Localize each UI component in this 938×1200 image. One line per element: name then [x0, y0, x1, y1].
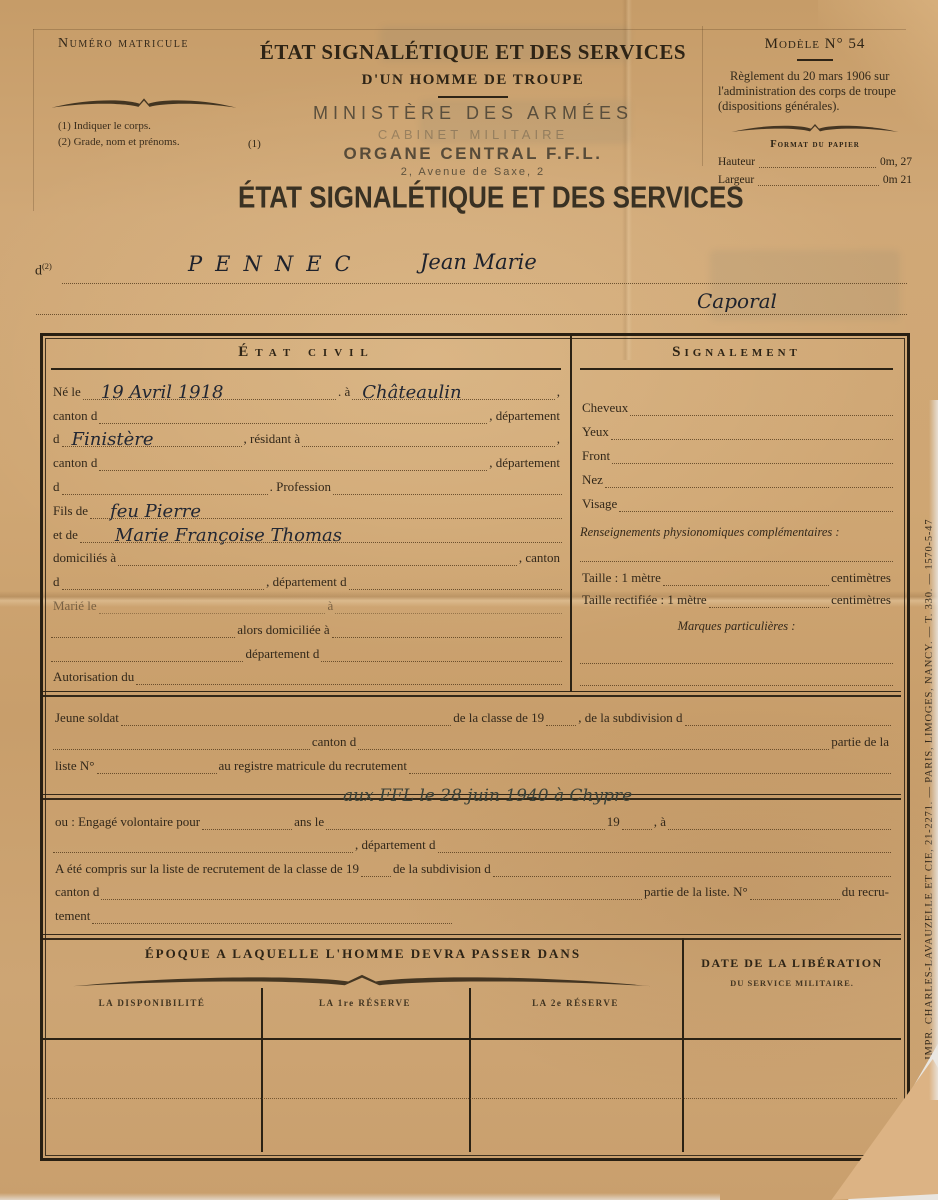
jeune-soldat-label: Jeune soldat — [53, 710, 121, 726]
father-field: feu Pierre — [90, 494, 562, 519]
spouse-departement-row: département d — [51, 638, 562, 662]
etat-civil-rule — [51, 368, 561, 370]
yeux-field — [611, 415, 893, 440]
compris-row: A été compris sur la liste de recrutemen… — [53, 853, 891, 877]
paper-right-edge — [929, 400, 938, 1100]
front-row: Front — [580, 440, 893, 464]
tement-label: tement — [53, 908, 92, 924]
field — [332, 613, 562, 638]
mother-row: et de Marie Françoise Thomas — [51, 519, 562, 543]
signalement-title: Signalement — [572, 344, 901, 361]
main-form-box: État civil Signalement Né le 19 Avril 19… — [40, 333, 910, 1161]
canton-field — [101, 876, 642, 901]
name-prefix-d: d — [35, 264, 42, 279]
du-recru-label: du recru- — [840, 884, 891, 900]
col-disponibilite: LA DISPONIBILITÉ — [43, 998, 261, 1008]
field — [438, 829, 892, 854]
date-field — [326, 805, 605, 830]
hauteur-row: Hauteur 0m, 27 — [718, 156, 912, 168]
stamp-organe-central-ffl: ORGANE CENTRAL F.F.L. — [238, 144, 708, 164]
classe-year-field — [546, 701, 576, 726]
a-label: à — [325, 598, 335, 614]
modele-rule — [797, 59, 833, 61]
comma: , — [555, 431, 562, 447]
departement-field: Finistère — [62, 423, 242, 448]
profession-row: d . Profession — [51, 471, 562, 495]
field — [92, 899, 452, 924]
autorisation-field — [136, 661, 562, 686]
stamp-address: 2, Avenue de Saxe, 2 — [238, 166, 708, 178]
front-label: Front — [580, 448, 612, 464]
registre-label: au registre matricule du recrutement — [217, 758, 409, 774]
modele-label: Modèle N° 54 — [718, 36, 912, 53]
a-label: . à — [336, 384, 352, 400]
faint-rule — [33, 29, 34, 211]
taille-rectifiee-label: Taille rectifiée : 1 mètre — [580, 592, 709, 608]
d-label: d — [51, 479, 62, 495]
faint-rule — [33, 29, 906, 30]
numero-matricule-label: Numéro matricule — [58, 36, 258, 52]
centimetres-label: centimètres — [829, 570, 893, 586]
departement-label: , département — [487, 408, 562, 424]
signalement-rule — [580, 368, 893, 370]
table-dotted-rule — [47, 1098, 897, 1099]
signalement-fields: Cheveux Yeux Front Nez Visage Renseignem… — [580, 376, 893, 686]
ne-le-label: Né le — [51, 384, 83, 400]
canton-label: canton d — [310, 734, 358, 750]
d-label: d — [51, 431, 62, 447]
visage-row: Visage — [580, 488, 893, 512]
title-rule — [438, 96, 508, 98]
header-left: Numéro matricule (1) Indiquer le corps. … — [58, 36, 258, 148]
nez-row: Nez — [580, 464, 893, 488]
canton-label: , canton — [517, 550, 562, 566]
dix-neuf-label: 19 — [605, 814, 622, 830]
ans-le-label: ans le — [292, 814, 326, 830]
form-title-line2: D'UN HOMME DE TROUPE — [238, 72, 708, 89]
liste-no-field — [750, 876, 840, 901]
jeune-soldat-row: Jeune soldat de la classe de 19 , de la … — [53, 702, 891, 726]
year-field — [622, 805, 652, 830]
birth-date-field: 19 Avril 1918 — [83, 375, 336, 400]
passage-table-title: ÉPOQUE A LAQUELLE L'HOMME DEVRA PASSER D… — [43, 946, 683, 962]
paper-bottom-edge — [0, 1193, 720, 1200]
field — [349, 565, 562, 590]
decorative-brace — [68, 972, 656, 989]
header-center: ÉTAT SIGNALÉTIQUE ET DES SERVICES D'UN H… — [238, 40, 708, 213]
comma: , — [555, 384, 562, 400]
classe-label: de la classe de 19 — [451, 710, 546, 726]
departement-d-label: département d — [243, 646, 321, 662]
handwritten-given-names: Jean Marie — [420, 250, 537, 274]
largeur-row: Largeur 0m 21 — [718, 174, 912, 186]
field — [51, 613, 235, 638]
canton-field — [358, 725, 829, 750]
partie-label: partie de la — [829, 734, 891, 750]
departement-d-label: , département d — [264, 574, 349, 590]
duree-field — [202, 805, 292, 830]
autorisation-row: Autorisation du — [51, 662, 562, 686]
cheveux-label: Cheveux — [580, 400, 630, 416]
field — [580, 633, 893, 664]
place-field — [668, 805, 891, 830]
marques-field-row — [580, 634, 893, 664]
field — [51, 637, 243, 662]
domicile-field — [118, 542, 517, 567]
marriage-row: Marié le à — [51, 590, 562, 614]
residant-label: , résidant à — [242, 431, 303, 447]
field — [580, 663, 893, 686]
engage-volontaire-row: ou : Engagé volontaire pour ans le 19 , … — [53, 806, 891, 830]
format-papier-label: Format du papier — [718, 139, 912, 150]
yeux-label: Yeux — [580, 424, 611, 440]
form-title-line1: ÉTAT SIGNALÉTIQUE ET DES SERVICES — [238, 40, 708, 65]
liberation-title: DATE DE LA LIBÉRATION — [684, 956, 900, 971]
engagement-departement-row: , département d — [53, 830, 891, 854]
liste-no-label: liste N° — [53, 758, 97, 774]
taille-field — [663, 561, 829, 586]
subdivision-label: , de la subdivision d — [576, 710, 684, 726]
handwritten-engagement-note: aux FFL le 28 juin 1940 à Chypre — [343, 786, 703, 806]
marques-label: Marques particulières : — [678, 619, 796, 634]
liste-no-field — [97, 749, 217, 774]
cheveux-field — [630, 391, 893, 416]
father-row: Fils de feu Pierre — [51, 495, 562, 519]
tement-row: tement — [53, 900, 891, 924]
nez-field — [605, 463, 893, 488]
departement-field-2 — [62, 470, 268, 495]
subdivision-label: de la subdivision d — [391, 861, 493, 877]
marriage-place-field — [335, 589, 562, 614]
canton-label: canton d — [53, 884, 101, 900]
taille-rectifiee-field — [709, 585, 829, 608]
name-prefix-sup: (2) — [42, 262, 52, 271]
table-column-divider — [469, 988, 471, 1152]
centimetres-label: centimètres — [829, 592, 893, 608]
liste-row: liste N° au registre matricule du recrut… — [53, 750, 891, 774]
visage-field — [619, 487, 893, 512]
cheveux-row: Cheveux — [580, 392, 893, 416]
column-divider — [570, 336, 572, 692]
domicilies-label: domiciliés à — [51, 550, 118, 566]
field — [321, 637, 562, 662]
stamp-grand-titre: ÉTAT SIGNALÉTIQUE ET DES SERVICES — [238, 179, 708, 216]
etat-civil-fields: Né le 19 Avril 1918 . à Châteaulin , can… — [51, 376, 562, 685]
front-field — [612, 439, 893, 464]
canton-field — [99, 399, 487, 424]
taille-rectifiee-row: Taille rectifiée : 1 mètre centimètres — [580, 586, 893, 608]
largeur-value: 0m 21 — [883, 174, 912, 186]
name-prefix: d(2) — [35, 262, 52, 280]
stamp-ministere: MINISTÈRE DES ARMÉES — [238, 103, 708, 124]
departement-label: , département — [487, 455, 562, 471]
section-divider — [43, 691, 901, 697]
domicile-departement-row: d , département d — [51, 566, 562, 590]
hauteur-value: 0m, 27 — [880, 156, 912, 168]
etat-civil-title: État civil — [43, 344, 570, 361]
departement-row: d Finistère , résidant à , — [51, 424, 562, 448]
visage-label: Visage — [580, 496, 619, 512]
spouse-domicile-row: alors domiciliée à — [51, 614, 562, 638]
canton-label: canton d — [51, 408, 99, 424]
dotted-leader — [758, 185, 879, 186]
d-label: d — [51, 574, 62, 590]
et-de-label: et de — [51, 527, 80, 543]
handwritten-rank: Caporal — [697, 289, 777, 313]
canton-label: canton d — [51, 455, 99, 471]
col-premiere-reserve: LA 1re RÉSERVE — [261, 998, 469, 1008]
decorative-brace — [50, 96, 238, 110]
renseignements-field-row — [580, 540, 893, 562]
partie-liste-label: partie de la liste. N° — [642, 884, 750, 900]
section-divider — [43, 934, 901, 940]
engage-volontaire-label: ou : Engagé volontaire pour — [53, 814, 202, 830]
birth-place-field: Châteaulin — [352, 375, 555, 400]
field — [121, 701, 451, 726]
a-label: , à — [652, 814, 668, 830]
scanned-military-form: Numéro matricule (1) Indiquer le corps. … — [0, 0, 938, 1200]
canton-partie-row: canton d partie de la — [53, 726, 891, 750]
field — [53, 725, 310, 750]
residence-field — [302, 423, 555, 448]
header-right: Modèle N° 54 Règlement du 20 mars 1906 s… — [718, 36, 912, 186]
stamp-cabinet-militaire: CABINET MILITAIRE — [238, 127, 708, 142]
subdivision-field — [685, 701, 891, 726]
table-column-divider — [261, 988, 263, 1152]
marques-field-row-2 — [580, 664, 893, 686]
handwritten-surname: PENNEC — [188, 252, 364, 276]
marie-le-label: Marié le — [51, 598, 99, 614]
autorisation-label: Autorisation du — [51, 669, 136, 685]
fils-de-label: Fils de — [51, 503, 90, 519]
recrutement-section: Jeune soldat de la classe de 19 , de la … — [53, 702, 891, 774]
classe-year-field — [361, 852, 391, 877]
engagement-section: ou : Engagé volontaire pour ans le 19 , … — [53, 806, 891, 924]
canton-field — [99, 446, 487, 471]
dotted-leader — [759, 167, 876, 168]
field — [62, 565, 265, 590]
canton-row: canton d , département — [51, 400, 562, 424]
subdivision-field — [493, 852, 891, 877]
decorative-brace — [730, 122, 900, 134]
departement-d-label: , département d — [353, 837, 438, 853]
canton-row-2: canton d , département — [51, 447, 562, 471]
alors-domiciliee-label: alors domiciliée à — [235, 622, 331, 638]
reglement-text: Règlement du 20 mars 1906 sur l'administ… — [718, 69, 912, 115]
yeux-row: Yeux — [580, 416, 893, 440]
domicile-row: domiciliés à , canton — [51, 543, 562, 567]
liberation-subtitle: DU SERVICE MILITAIRE. — [684, 978, 900, 988]
mother-field: Marie Françoise Thomas — [80, 518, 562, 543]
largeur-label: Largeur — [718, 174, 754, 186]
marriage-date-field — [99, 589, 326, 614]
hauteur-label: Hauteur — [718, 156, 755, 168]
renseignements-label: Renseignements physionomiques complément… — [580, 525, 840, 540]
col-deuxieme-reserve: LA 2e RÉSERVE — [469, 998, 682, 1008]
footnote-2: (2) Grade, nom et prénoms. — [58, 136, 258, 148]
birth-row: Né le 19 Avril 1918 . à Châteaulin , — [51, 376, 562, 400]
taille-label: Taille : 1 mètre — [580, 570, 663, 586]
field — [580, 539, 893, 562]
profession-field — [333, 470, 562, 495]
canton-liste-row: canton d partie de la liste. N° du recru… — [53, 877, 891, 901]
table-header-rule — [43, 1038, 901, 1040]
nez-label: Nez — [580, 472, 605, 488]
taille-row: Taille : 1 mètre centimètres — [580, 562, 893, 586]
profession-label: . Profession — [268, 479, 333, 495]
compris-label: A été compris sur la liste de recrutemen… — [53, 861, 361, 877]
footnote-1: (1) Indiquer le corps. — [58, 120, 258, 132]
registre-field — [409, 749, 891, 774]
field — [53, 829, 353, 854]
